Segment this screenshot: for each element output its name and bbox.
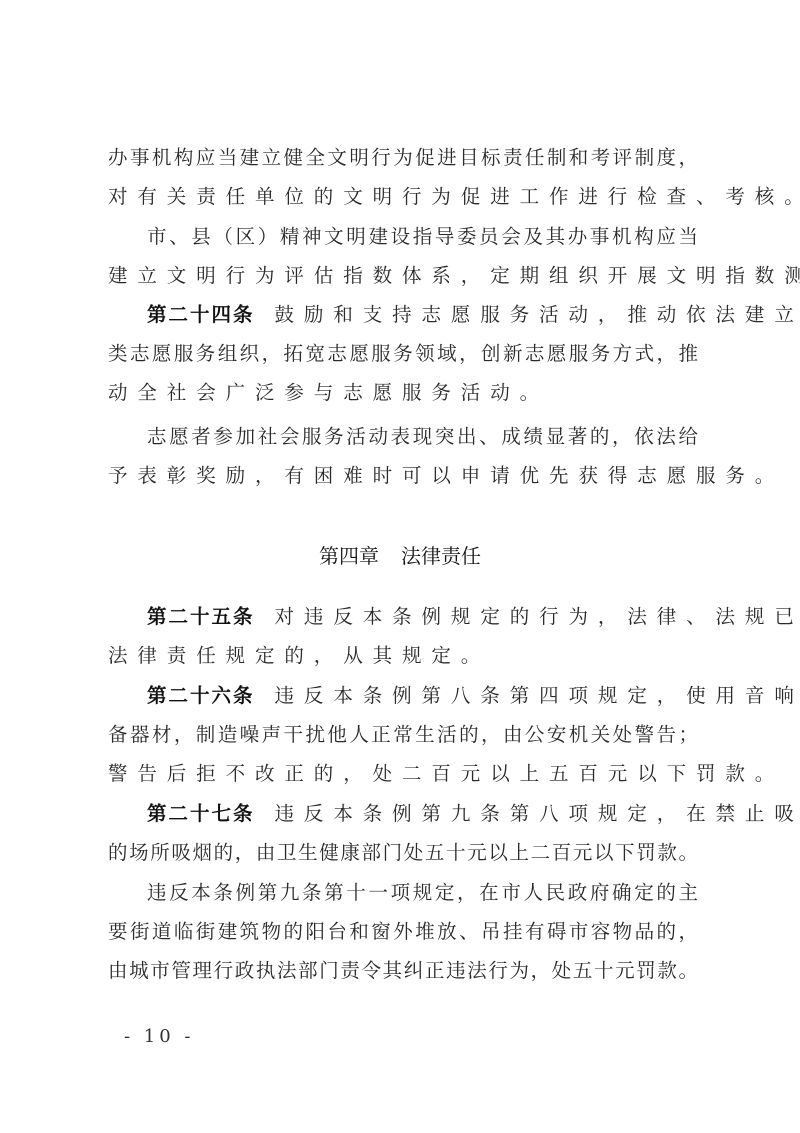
text-line: 建立文明行为评估指数体系，定期组织开展文明指数测评。 — [108, 264, 698, 288]
article-text: 对违反本条例规定的行为，法律、法规已有 — [275, 605, 800, 628]
text-line: 警告后拒不改正的，处二百元以上五百元以下罚款。 — [108, 762, 698, 786]
document-page: 办事机构应当建立健全文明行为促进目标责任制和考评制度， 对有关责任单位的文明行为… — [0, 0, 800, 1133]
text-line: 对有关责任单位的文明行为促进工作进行检查、考核。 — [108, 185, 698, 209]
article-label: 第二十四条 — [147, 303, 255, 326]
article-text: 违反本条例第九条第八项规定，在禁止吸烟 — [275, 802, 800, 825]
text-line: 违反本条例第九条第十一项规定，在市人民政府确定的主 — [147, 881, 698, 905]
article-label: 第二十五条 — [147, 605, 255, 628]
article-25-line: 第二十五条对违反本条例规定的行为，法律、法规已有 — [147, 605, 698, 629]
text-line: 类志愿服务组织，拓宽志愿服务领域，创新志愿服务方式，推 — [108, 342, 698, 366]
article-24-line: 第二十四条鼓励和支持志愿服务活动，推动依法建立各 — [147, 303, 698, 327]
chapter-heading: 第四章法律责任 — [0, 544, 800, 568]
text-line: 动全社会广泛参与志愿服务活动。 — [108, 381, 698, 405]
chapter-title: 法律责任 — [401, 544, 481, 568]
text-line: 备器材，制造噪声干扰他人正常生活的，由公安机关处警告； — [108, 723, 698, 747]
text-line: 由城市管理行政执法部门责令其纠正违法行为，处五十元罚款。 — [108, 959, 698, 983]
text-line: 法律责任规定的，从其规定。 — [108, 644, 698, 668]
article-label: 第二十七条 — [147, 802, 255, 825]
text-line: 市、县（区）精神文明建设指导委员会及其办事机构应当 — [147, 225, 698, 249]
text-line: 办事机构应当建立健全文明行为促进目标责任制和考评制度， — [108, 146, 698, 170]
article-text: 鼓励和支持志愿服务活动，推动依法建立各 — [275, 303, 800, 326]
text-line: 志愿者参加社会服务活动表现突出、成绩显著的，依法给 — [147, 425, 698, 449]
text-line: 予表彰奖励，有困难时可以申请优先获得志愿服务。 — [108, 464, 698, 488]
article-27-line: 第二十七条违反本条例第九条第八项规定，在禁止吸烟 — [147, 802, 698, 826]
article-label: 第二十六条 — [147, 684, 255, 707]
text-line: 要街道临街建筑物的阳台和窗外堆放、吊挂有碍市容物品的， — [108, 920, 698, 944]
page-number: - 10 - — [124, 1026, 195, 1047]
article-26-line: 第二十六条违反本条例第八条第四项规定，使用音响设 — [147, 684, 698, 708]
text-line: 的场所吸烟的，由卫生健康部门处五十元以上二百元以下罚款。 — [108, 841, 698, 865]
chapter-number: 第四章 — [319, 544, 379, 568]
article-text: 违反本条例第八条第四项规定，使用音响设 — [275, 684, 800, 707]
